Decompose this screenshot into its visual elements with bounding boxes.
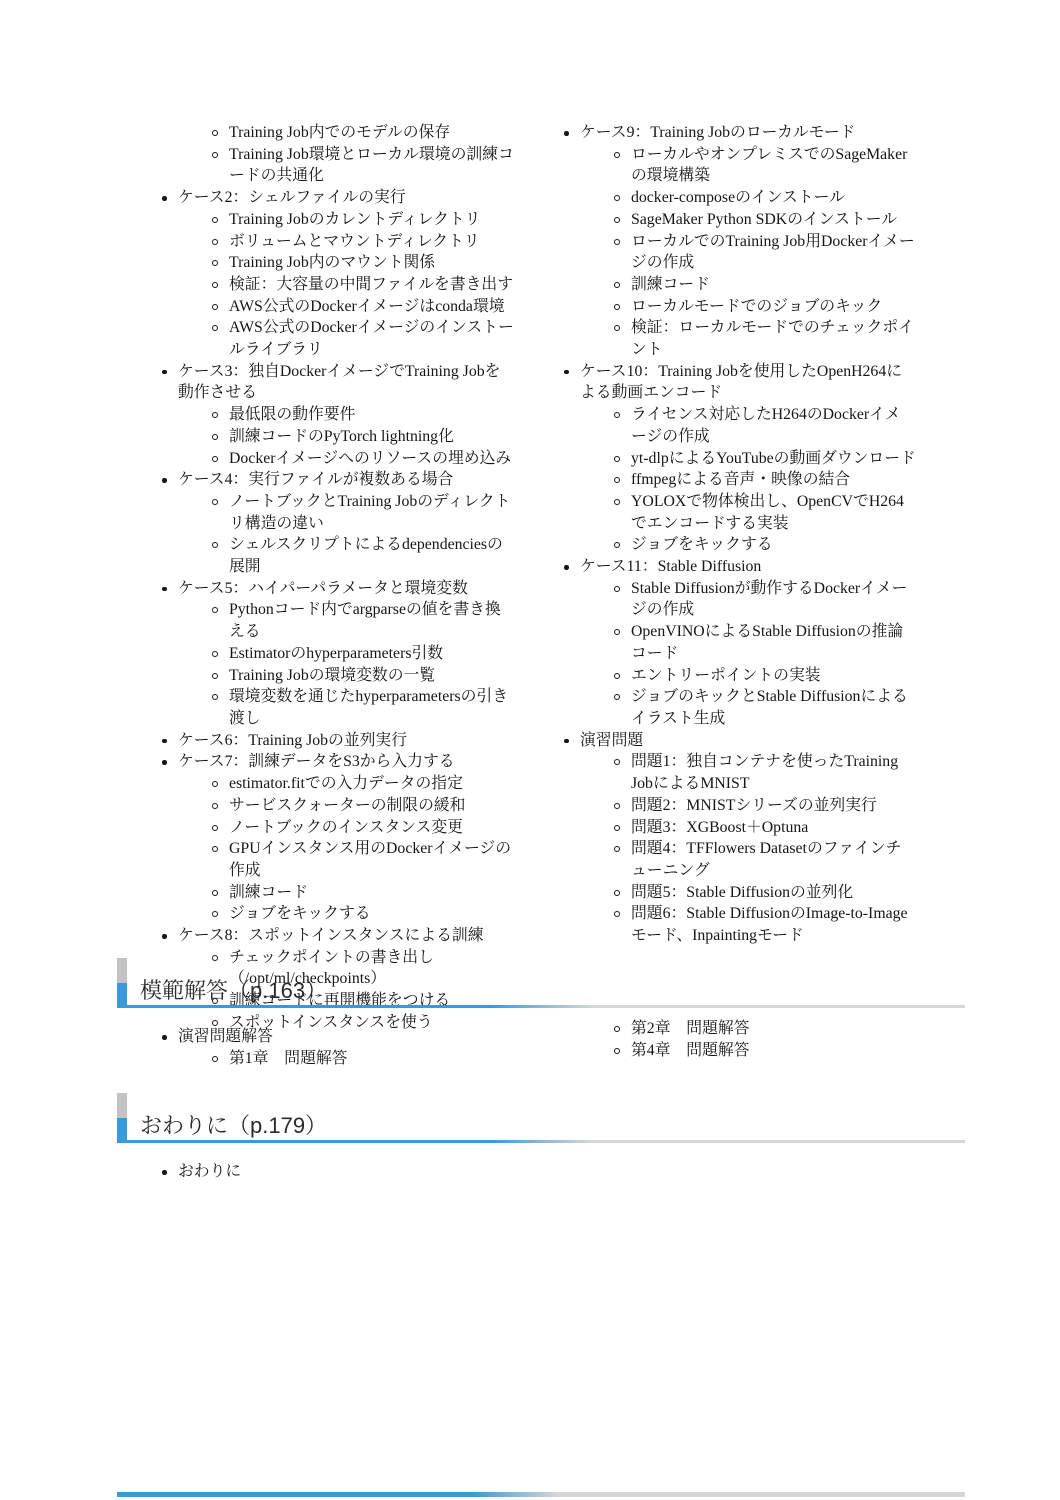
toc-subitem: estimator.fitでの入力データの指定 bbox=[159, 773, 514, 795]
toc-item: ケース4：実行ファイルが複数ある場合 bbox=[159, 469, 514, 491]
toc-item-label: 問題1：独自コンテナを使ったTraining JobによるMNIST bbox=[631, 753, 898, 792]
toc-subitem: Training Job環境とローカル環境の訓練コードの共通化 bbox=[159, 144, 514, 187]
bullet-circle-icon bbox=[614, 825, 620, 831]
toc-item-label: Training Job内でのモデルの保存 bbox=[229, 124, 450, 141]
heading-accent-bar-icon bbox=[117, 958, 127, 1005]
toc-item-label: Pythonコード内でargparseの値を書き換える bbox=[229, 601, 501, 640]
bullet-circle-icon bbox=[614, 477, 620, 483]
toc-item-label: estimator.fitでの入力データの指定 bbox=[229, 775, 463, 792]
bullet-circle-icon bbox=[614, 846, 620, 852]
toc-subitem: OpenVINOによるStable Diffusionの推論コード bbox=[561, 621, 916, 664]
bullet-disc-icon bbox=[162, 370, 167, 375]
toc-item: おわりに bbox=[159, 1161, 514, 1183]
section-ending: おわりに（p.179） bbox=[117, 1093, 965, 1143]
bullet-circle-icon bbox=[614, 542, 620, 548]
bullet-circle-icon bbox=[614, 304, 620, 310]
toc-item-label: ノートブックのインスタンス変更 bbox=[229, 819, 463, 836]
toc-subitem: 問題5：Stable Diffusionの並列化 bbox=[561, 882, 916, 904]
toc-subitem: yt-dlpによるYouTubeの動画ダウンロード bbox=[561, 448, 916, 470]
toc-item-label: ffmpegによる音声・映像の結合 bbox=[631, 471, 850, 488]
toc-item-label: 問題4：TFFlowers Datasetのファインチューニング bbox=[631, 840, 901, 879]
toc-subitem: サービスクォーターの制限の緩和 bbox=[159, 795, 514, 817]
bullet-circle-icon bbox=[614, 759, 620, 765]
toc-item-label: Training Job内のマウント関係 bbox=[229, 254, 435, 271]
heading-accent-bar-gray bbox=[117, 958, 127, 983]
toc-subitem: 問題2：MNISTシリーズの並列実行 bbox=[561, 795, 916, 817]
toc-item-label: 検証：ローカルモードでのチェックポイント bbox=[631, 319, 914, 358]
bullet-circle-icon bbox=[212, 239, 218, 245]
bullet-disc-icon bbox=[162, 478, 167, 483]
toc-subitem: 問題4：TFFlowers Datasetのファインチューニング bbox=[561, 838, 916, 881]
toc-subitem: ジョブのキックとStable Diffusionによるイラスト生成 bbox=[561, 686, 916, 729]
bullet-circle-icon bbox=[212, 607, 218, 613]
bullet-circle-icon bbox=[212, 825, 218, 831]
bullet-circle-icon bbox=[614, 629, 620, 635]
toc-item-label: ローカルモードでのジョブのキック bbox=[631, 298, 882, 315]
toc-item-label: ジョブをキックする bbox=[631, 536, 773, 553]
bullet-circle-icon bbox=[212, 673, 218, 679]
toc-subitem: 検証：ローカルモードでのチェックポイント bbox=[561, 317, 916, 360]
toc-subitem: Dockerイメージへのリソースの埋め込み bbox=[159, 448, 514, 470]
toc-item-label: 最低限の動作要件 bbox=[229, 406, 355, 423]
toc-item: 演習問題解答 bbox=[159, 1026, 514, 1048]
toc-subitem: Training Job内のマウント関係 bbox=[159, 252, 514, 274]
bullet-disc-icon bbox=[162, 739, 167, 744]
toc-subitem: 訓練コード bbox=[561, 274, 916, 296]
bullet-circle-icon bbox=[212, 542, 218, 548]
bullet-circle-icon bbox=[614, 195, 620, 201]
toc-subitem: ffmpegによる音声・映像の結合 bbox=[561, 469, 916, 491]
toc-item: ケース6：Training Jobの並列実行 bbox=[159, 730, 514, 752]
ending-column-left: おわりに bbox=[159, 1161, 514, 1183]
toc-subitem: Training Job内でのモデルの保存 bbox=[159, 122, 514, 144]
toc-subitem: GPUインスタンス用のDockerイメージの作成 bbox=[159, 838, 514, 881]
toc-list: 第2章 問題解答第4章 問題解答 bbox=[561, 1018, 916, 1061]
toc-subitem: ボリュームとマウントディレクトリ bbox=[159, 231, 514, 253]
toc-subitem: 環境変数を通じたhyperparametersの引き渡し bbox=[159, 686, 514, 729]
bullet-circle-icon bbox=[614, 217, 620, 223]
toc-item-label: ケース7：訓練データをS3から入力する bbox=[178, 753, 455, 770]
bullet-circle-icon bbox=[614, 911, 620, 917]
bullet-circle-icon bbox=[614, 673, 620, 679]
toc-subitem: docker-composeのインストール bbox=[561, 187, 916, 209]
toc-item-label: 第1章 問題解答 bbox=[229, 1050, 347, 1067]
toc-subitem: ローカルやオンプレミスでのSageMakerの環境構築 bbox=[561, 144, 916, 187]
bullet-circle-icon bbox=[212, 911, 218, 917]
answers-column-left: 演習問題解答第1章 問題解答 bbox=[159, 1018, 514, 1069]
toc-item: ケース3：独自DockerイメージでTraining Jobを動作させる bbox=[159, 361, 514, 404]
toc-item-label: ケース2：シェルファイルの実行 bbox=[178, 189, 406, 206]
toc-item: ケース2：シェルファイルの実行 bbox=[159, 187, 514, 209]
toc-subitem: 第2章 問題解答 bbox=[561, 1018, 916, 1040]
section-heading: 模範解答（p.163） bbox=[117, 958, 965, 1005]
bullet-circle-icon bbox=[614, 239, 620, 245]
toc-subitem: ジョブをキックする bbox=[561, 534, 916, 556]
toc-item-label: ケース5：ハイパーパラメータと環境変数 bbox=[178, 580, 468, 597]
toc-item-label: サービスクォーターの制限の緩和 bbox=[229, 797, 465, 814]
toc-item-label: ケース6：Training Jobの並列実行 bbox=[178, 732, 407, 749]
bullet-circle-icon bbox=[212, 130, 218, 136]
toc-item-label: ケース11：Stable Diffusion bbox=[580, 558, 761, 575]
toc-item-label: AWS公式のDockerイメージはconda環境 bbox=[229, 298, 505, 315]
toc-column-right: ケース9：Training JobのローカルモードローカルやオンプレミスでのSa… bbox=[561, 122, 916, 1034]
bullet-circle-icon bbox=[614, 890, 620, 896]
bullet-circle-icon bbox=[614, 586, 620, 592]
section-title-ending: おわりに（p.179） bbox=[140, 1113, 327, 1139]
bullet-circle-icon bbox=[614, 694, 620, 700]
toc-subitem: AWS公式のDockerイメージはconda環境 bbox=[159, 296, 514, 318]
toc-item-label: ローカルやオンプレミスでのSageMakerの環境構築 bbox=[631, 146, 907, 185]
toc-item-label: SageMaker Python SDKのインストール bbox=[631, 211, 897, 228]
toc-item: ケース5：ハイパーパラメータと環境変数 bbox=[159, 578, 514, 600]
toc-item-label: ボリュームとマウントディレクトリ bbox=[229, 233, 480, 250]
bullet-circle-icon bbox=[212, 846, 218, 852]
heading-accent-bar-gray bbox=[117, 1093, 127, 1118]
toc-subitem: ノートブックのインスタンス変更 bbox=[159, 817, 514, 839]
section-title-model-answers: 模範解答（p.163） bbox=[140, 978, 327, 1004]
bullet-circle-icon bbox=[614, 1026, 620, 1032]
bullet-circle-icon bbox=[614, 456, 620, 462]
partial-section-rule bbox=[117, 1492, 965, 1497]
toc-item-label: Dockerイメージへのリソースの埋め込み bbox=[229, 450, 511, 467]
toc-subitem: AWS公式のDockerイメージのインストールライブラリ bbox=[159, 317, 514, 360]
bullet-circle-icon bbox=[614, 325, 620, 331]
bullet-circle-icon bbox=[212, 434, 218, 440]
toc-item-label: YOLOXで物体検出し、OpenCVでH264でエンコードする実装 bbox=[631, 493, 904, 532]
section-heading: おわりに（p.179） bbox=[117, 1093, 965, 1140]
toc-item: ケース7：訓練データをS3から入力する bbox=[159, 751, 514, 773]
toc-item-label: シェルスクリプトによるdependenciesの展開 bbox=[229, 536, 503, 575]
toc-item: ケース9：Training Jobのローカルモード bbox=[561, 122, 916, 144]
bullet-circle-icon bbox=[614, 499, 620, 505]
bullet-circle-icon bbox=[212, 282, 218, 288]
toc-item-label: GPUインスタンス用のDockerイメージの作成 bbox=[229, 840, 511, 879]
toc-item-label: ケース10：Training Jobを使用したOpenH264による動画エンコー… bbox=[580, 363, 902, 402]
bullet-circle-icon bbox=[212, 803, 218, 809]
bullet-circle-icon bbox=[212, 217, 218, 223]
toc-column-left: Training Job内でのモデルの保存Training Job環境とローカル… bbox=[159, 122, 514, 1034]
bullet-circle-icon bbox=[212, 304, 218, 310]
toc-item-label: AWS公式のDockerイメージのインストールライブラリ bbox=[229, 319, 514, 358]
toc-item: ケース11：Stable Diffusion bbox=[561, 556, 916, 578]
toc-subitem: エントリーポイントの実装 bbox=[561, 665, 916, 687]
toc-subitem: YOLOXで物体検出し、OpenCVでH264でエンコードする実装 bbox=[561, 491, 916, 534]
bullet-circle-icon bbox=[614, 803, 620, 809]
bullet-circle-icon bbox=[212, 694, 218, 700]
section-model-answers: 模範解答（p.163） bbox=[117, 958, 965, 1008]
toc-item: 演習問題 bbox=[561, 730, 916, 752]
toc-subitem: 問題3：XGBoost＋Optuna bbox=[561, 817, 916, 839]
bullet-disc-icon bbox=[564, 739, 569, 744]
toc-list: Training Job内でのモデルの保存Training Job環境とローカル… bbox=[159, 122, 514, 1034]
toc-item-label: Training Jobの環境変数の一覧 bbox=[229, 667, 435, 684]
toc-item-label: ジョブをキックする bbox=[229, 905, 371, 922]
toc-item-label: おわりに bbox=[178, 1163, 241, 1180]
bullet-circle-icon bbox=[614, 282, 620, 288]
toc-item-label: Stable Diffusionが動作するDockerイメージの作成 bbox=[631, 580, 907, 619]
toc-item-label: ノートブックとTraining Jobのディレクトリ構造の違い bbox=[229, 493, 510, 532]
ending-columns: おわりに bbox=[159, 1161, 514, 1183]
toc-subitem: Training Jobのカレントディレクトリ bbox=[159, 209, 514, 231]
toc-item-label: 第4章 問題解答 bbox=[631, 1042, 749, 1059]
toc-subitem: 訓練コード bbox=[159, 882, 514, 904]
toc-item-label: 演習問題 bbox=[580, 732, 643, 749]
toc-columns: Training Job内でのモデルの保存Training Job環境とローカル… bbox=[159, 122, 916, 1034]
toc-item-label: ケース3：独自DockerイメージでTraining Jobを動作させる bbox=[178, 363, 500, 402]
heading-underline-rule bbox=[117, 1005, 965, 1008]
toc-item-label: yt-dlpによるYouTubeの動画ダウンロード bbox=[631, 450, 916, 467]
toc-subitem: 最低限の動作要件 bbox=[159, 404, 514, 426]
toc-subitem: Estimatorのhyperparameters引数 bbox=[159, 643, 514, 665]
toc-subitem: 問題1：独自コンテナを使ったTraining JobによるMNIST bbox=[561, 751, 916, 794]
answers-column-right: 第2章 問題解答第4章 問題解答 bbox=[561, 1018, 916, 1069]
bullet-disc-icon bbox=[162, 934, 167, 939]
bullet-circle-icon bbox=[614, 1048, 620, 1054]
bullet-disc-icon bbox=[564, 370, 569, 375]
toc-item-label: OpenVINOによるStable Diffusionの推論コード bbox=[631, 623, 903, 662]
bullet-disc-icon bbox=[564, 131, 569, 136]
toc-item: ケース10：Training Jobを使用したOpenH264による動画エンコー… bbox=[561, 361, 916, 404]
toc-item-label: ケース9：Training Jobのローカルモード bbox=[580, 124, 855, 141]
bullet-disc-icon bbox=[564, 565, 569, 570]
toc-item-label: 第2章 問題解答 bbox=[631, 1020, 749, 1037]
bullet-disc-icon bbox=[162, 1035, 167, 1040]
toc-subitem: 検証：大容量の中間ファイルを書き出す bbox=[159, 274, 514, 296]
toc-item-label: docker-composeのインストール bbox=[631, 189, 845, 206]
toc-item-label: 訓練コードのPyTorch lightning化 bbox=[229, 428, 454, 445]
toc-item-label: 問題3：XGBoost＋Optuna bbox=[631, 819, 808, 836]
bullet-disc-icon bbox=[162, 760, 167, 765]
toc-item-label: ジョブのキックとStable Diffusionによるイラスト生成 bbox=[631, 688, 908, 727]
answers-columns: 演習問題解答第1章 問題解答 第2章 問題解答第4章 問題解答 bbox=[159, 1018, 916, 1069]
bullet-circle-icon bbox=[212, 781, 218, 787]
toc-item-label: ローカルでのTraining Job用Dockerイメージの作成 bbox=[631, 233, 915, 272]
heading-underline-rule bbox=[117, 1140, 965, 1143]
heading-accent-bar-icon bbox=[117, 1093, 127, 1140]
toc-subitem: 訓練コードのPyTorch lightning化 bbox=[159, 426, 514, 448]
toc-subitem: Training Jobの環境変数の一覧 bbox=[159, 665, 514, 687]
toc-subitem: ジョブをキックする bbox=[159, 903, 514, 925]
heading-accent-bar-blue bbox=[117, 1118, 127, 1140]
bullet-disc-icon bbox=[162, 196, 167, 201]
toc-subitem: 第1章 問題解答 bbox=[159, 1048, 514, 1070]
toc-subitem: 問題6：Stable DiffusionのImage-to-Imageモード、I… bbox=[561, 903, 916, 946]
bullet-circle-icon bbox=[212, 260, 218, 266]
toc-item-label: 問題5：Stable Diffusionの並列化 bbox=[631, 884, 853, 901]
toc-item-label: 問題6：Stable DiffusionのImage-to-Imageモード、I… bbox=[631, 905, 908, 944]
toc-item-label: 問題2：MNISTシリーズの並列実行 bbox=[631, 797, 877, 814]
bullet-circle-icon bbox=[212, 499, 218, 505]
toc-subitem: ライセンス対応したH264のDockerイメージの作成 bbox=[561, 404, 916, 447]
bullet-circle-icon bbox=[212, 152, 218, 158]
toc-item-label: 検証：大容量の中間ファイルを書き出す bbox=[229, 276, 513, 293]
toc-item-label: 訓練コード bbox=[631, 276, 710, 293]
heading-accent-bar-blue bbox=[117, 983, 127, 1005]
toc-subitem: シェルスクリプトによるdependenciesの展開 bbox=[159, 534, 514, 577]
bullet-disc-icon bbox=[162, 587, 167, 592]
toc-item-label: エントリーポイントの実装 bbox=[631, 667, 821, 684]
bullet-circle-icon bbox=[212, 325, 218, 331]
toc-list: 演習問題解答第1章 問題解答 bbox=[159, 1026, 514, 1069]
bullet-circle-icon bbox=[614, 412, 620, 418]
toc-list: ケース9：Training JobのローカルモードローカルやオンプレミスでのSa… bbox=[561, 122, 916, 947]
toc-subitem: Pythonコード内でargparseの値を書き換える bbox=[159, 599, 514, 642]
bullet-circle-icon bbox=[212, 651, 218, 657]
bullet-circle-icon bbox=[614, 152, 620, 158]
bullet-circle-icon bbox=[212, 890, 218, 896]
toc-item-label: Training Job環境とローカル環境の訓練コードの共通化 bbox=[229, 146, 514, 185]
bullet-circle-icon bbox=[212, 1056, 218, 1062]
toc-item-label: 訓練コード bbox=[229, 884, 308, 901]
toc-item-label: 環境変数を通じたhyperparametersの引き渡し bbox=[229, 688, 508, 727]
toc-list: おわりに bbox=[159, 1161, 514, 1183]
bullet-circle-icon bbox=[212, 456, 218, 462]
toc-item-label: ケース8：スポットインスタンスによる訓練 bbox=[178, 927, 484, 944]
toc-item-label: ケース4：実行ファイルが複数ある場合 bbox=[178, 471, 453, 488]
toc-subitem: ローカルモードでのジョブのキック bbox=[561, 296, 916, 318]
bullet-circle-icon bbox=[212, 412, 218, 418]
toc-item-label: 演習問題解答 bbox=[178, 1028, 273, 1045]
toc-item-label: ライセンス対応したH264のDockerイメージの作成 bbox=[631, 406, 901, 445]
toc-subitem: 第4章 問題解答 bbox=[561, 1040, 916, 1062]
toc-subitem: ノートブックとTraining Jobのディレクトリ構造の違い bbox=[159, 491, 514, 534]
toc-subitem: Stable Diffusionが動作するDockerイメージの作成 bbox=[561, 578, 916, 621]
toc-item-label: Training Jobのカレントディレクトリ bbox=[229, 211, 481, 228]
toc-item: ケース8：スポットインスタンスによる訓練 bbox=[159, 925, 514, 947]
bullet-disc-icon bbox=[162, 1170, 167, 1175]
toc-subitem: ローカルでのTraining Job用Dockerイメージの作成 bbox=[561, 231, 916, 274]
toc-item-label: Estimatorのhyperparameters引数 bbox=[229, 645, 443, 662]
toc-subitem: SageMaker Python SDKのインストール bbox=[561, 209, 916, 231]
